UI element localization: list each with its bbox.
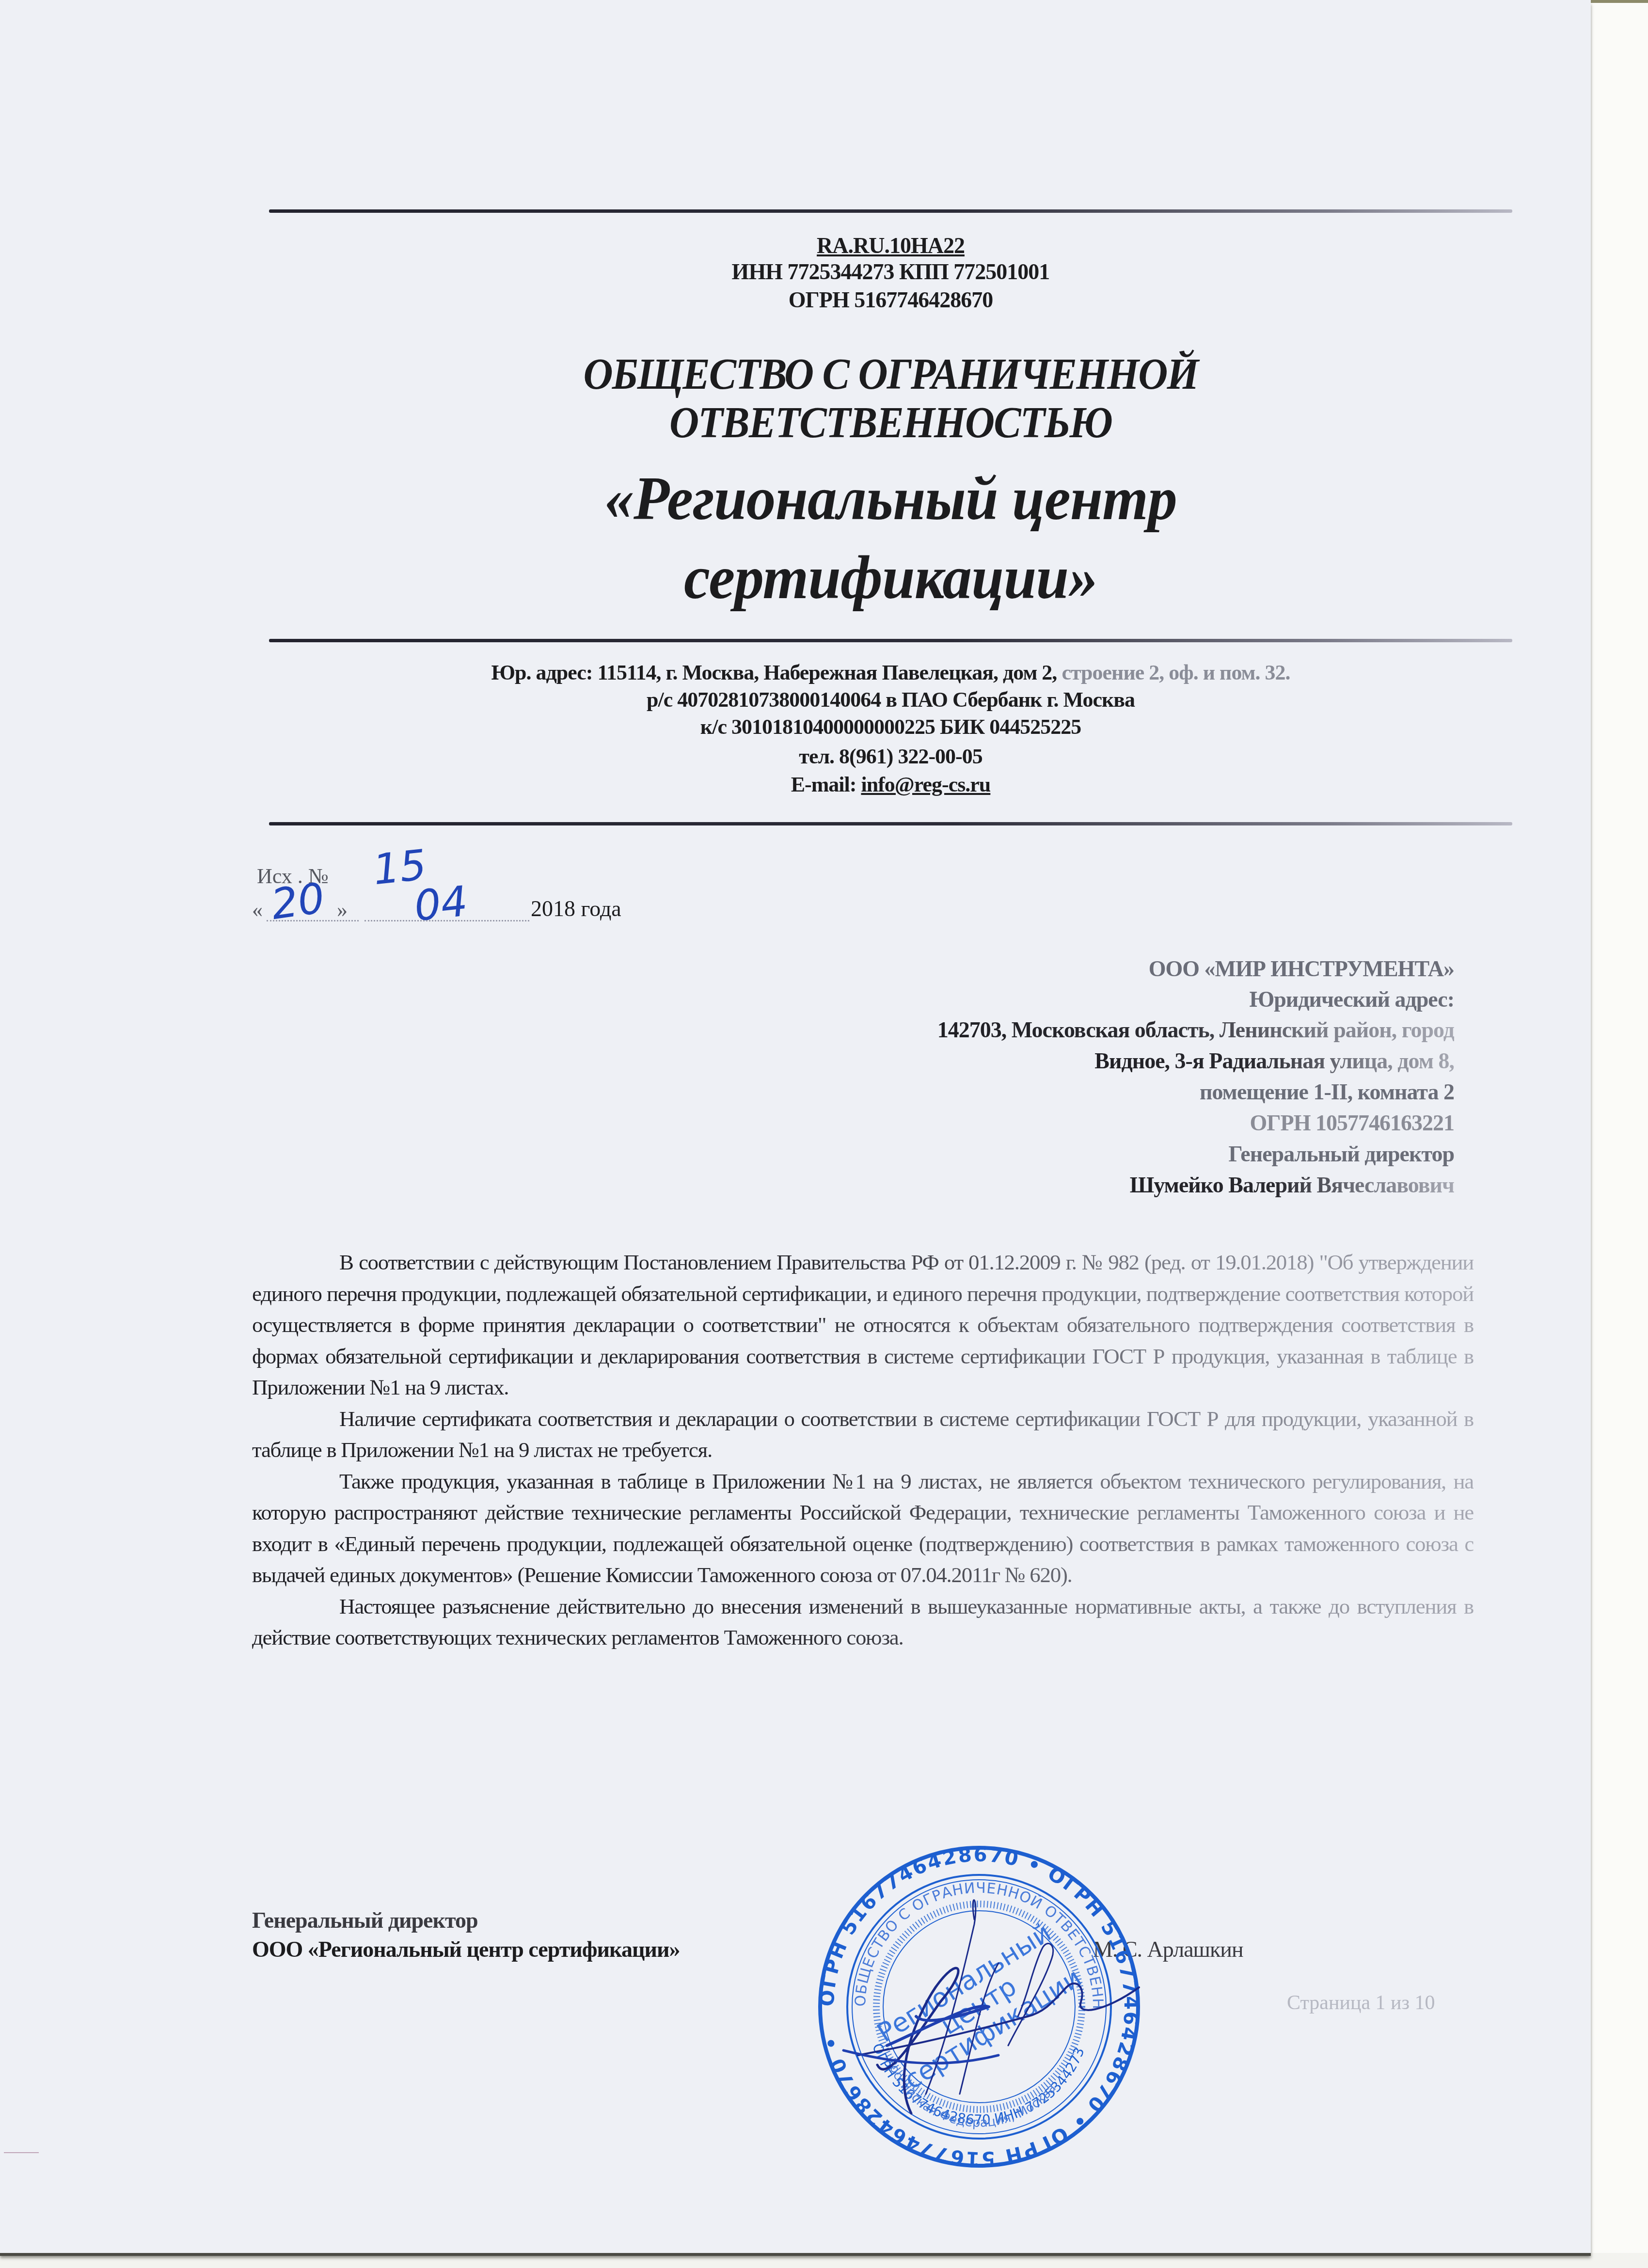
- signatory-company: ООО «Региональный центр сертификации»: [252, 1936, 680, 1962]
- recipient-address-label: Юридический адрес:: [1249, 986, 1454, 1012]
- company-title-line1: ОБЩЕСТВО С ОГРАНИЧЕННОЙ: [319, 348, 1463, 399]
- date-year: 2018 года: [531, 896, 621, 921]
- recipient-company: ООО «МИР ИНСТРУМЕНТА»: [1149, 956, 1454, 982]
- phone: тел. 8(961) 322-00-05: [269, 744, 1512, 769]
- scanner-background: [1591, 0, 1648, 2268]
- bank-account: р/с 40702810738000140064 в ПАО Сбербанк …: [269, 687, 1512, 712]
- company-title-line2: ОТВЕТСТВЕННОСТЬЮ: [319, 397, 1463, 448]
- legal-address: Юр. адрес: 115114, г. Москва, Набережная…: [269, 660, 1512, 685]
- accreditation-number: RA.RU.10НА22: [269, 233, 1512, 259]
- company-name-line2: сертификации»: [300, 542, 1481, 613]
- page-indicator: Страница 1 из 10: [1287, 1991, 1435, 2014]
- letterhead-bottom-rule: [269, 822, 1512, 825]
- recipient-address-line2: Видное, 3-я Радиальная улица, дом 8,: [1094, 1048, 1454, 1074]
- date-close-quote: »: [337, 898, 348, 922]
- email-link[interactable]: info@reg-cs.ru: [861, 773, 990, 796]
- recipient-position: Генеральный директор: [1229, 1141, 1455, 1167]
- correspondent-account: к/с 30101810400000000225 БИК 044525225: [269, 714, 1512, 739]
- scanner-background-bottom: [0, 2253, 1648, 2268]
- recipient-address-line3: помещение 1-II, комната 2: [1200, 1079, 1454, 1105]
- recipient-address-line1: 142703, Московская область, Ленинский ра…: [937, 1017, 1454, 1043]
- month-underline: [364, 920, 529, 921]
- letterhead-middle-rule: [269, 639, 1512, 642]
- recipient-ogrn: ОГРН 1057746163221: [1250, 1110, 1454, 1136]
- body-paragraph-3: Также продукция, указанная в таблице в П…: [252, 1466, 1474, 1591]
- email-line: E-mail: info@reg-cs.ru: [269, 772, 1512, 797]
- company-ogrn: ОГРН 5167746428670: [269, 287, 1512, 313]
- body-paragraph-4: Настоящее разъяснение действительно до в…: [252, 1591, 1474, 1653]
- day-underline: [267, 920, 359, 921]
- recipient-name: Шумейко Валерий Вячеславович: [1130, 1172, 1454, 1198]
- scan-artifact-line: [4, 2152, 39, 2153]
- letter-body: В соответствии с действующим Постановлен…: [252, 1247, 1474, 1653]
- company-name-line1: «Региональный центр: [300, 463, 1481, 534]
- document-page: RA.RU.10НА22 ИНН 7725344273 КПП 77250100…: [0, 0, 1591, 2253]
- body-paragraph-2: Наличие сертификата соответствия и декла…: [252, 1403, 1474, 1466]
- company-seal-icon: ОГРН 5167746428670 • ОГРН 5167746428670 …: [814, 1842, 1144, 2172]
- date-open-quote: «: [252, 898, 263, 922]
- scanner-edge: [1591, 0, 1648, 3]
- letterhead-top-rule: [269, 209, 1512, 213]
- signatory-position: Генеральный директор: [252, 1907, 478, 1933]
- inn-kpp: ИНН 7725344273 КПП 772501001: [269, 259, 1512, 285]
- date-month-handwritten: 04: [412, 877, 470, 931]
- body-paragraph-1: В соответствии с действующим Постановлен…: [252, 1247, 1474, 1403]
